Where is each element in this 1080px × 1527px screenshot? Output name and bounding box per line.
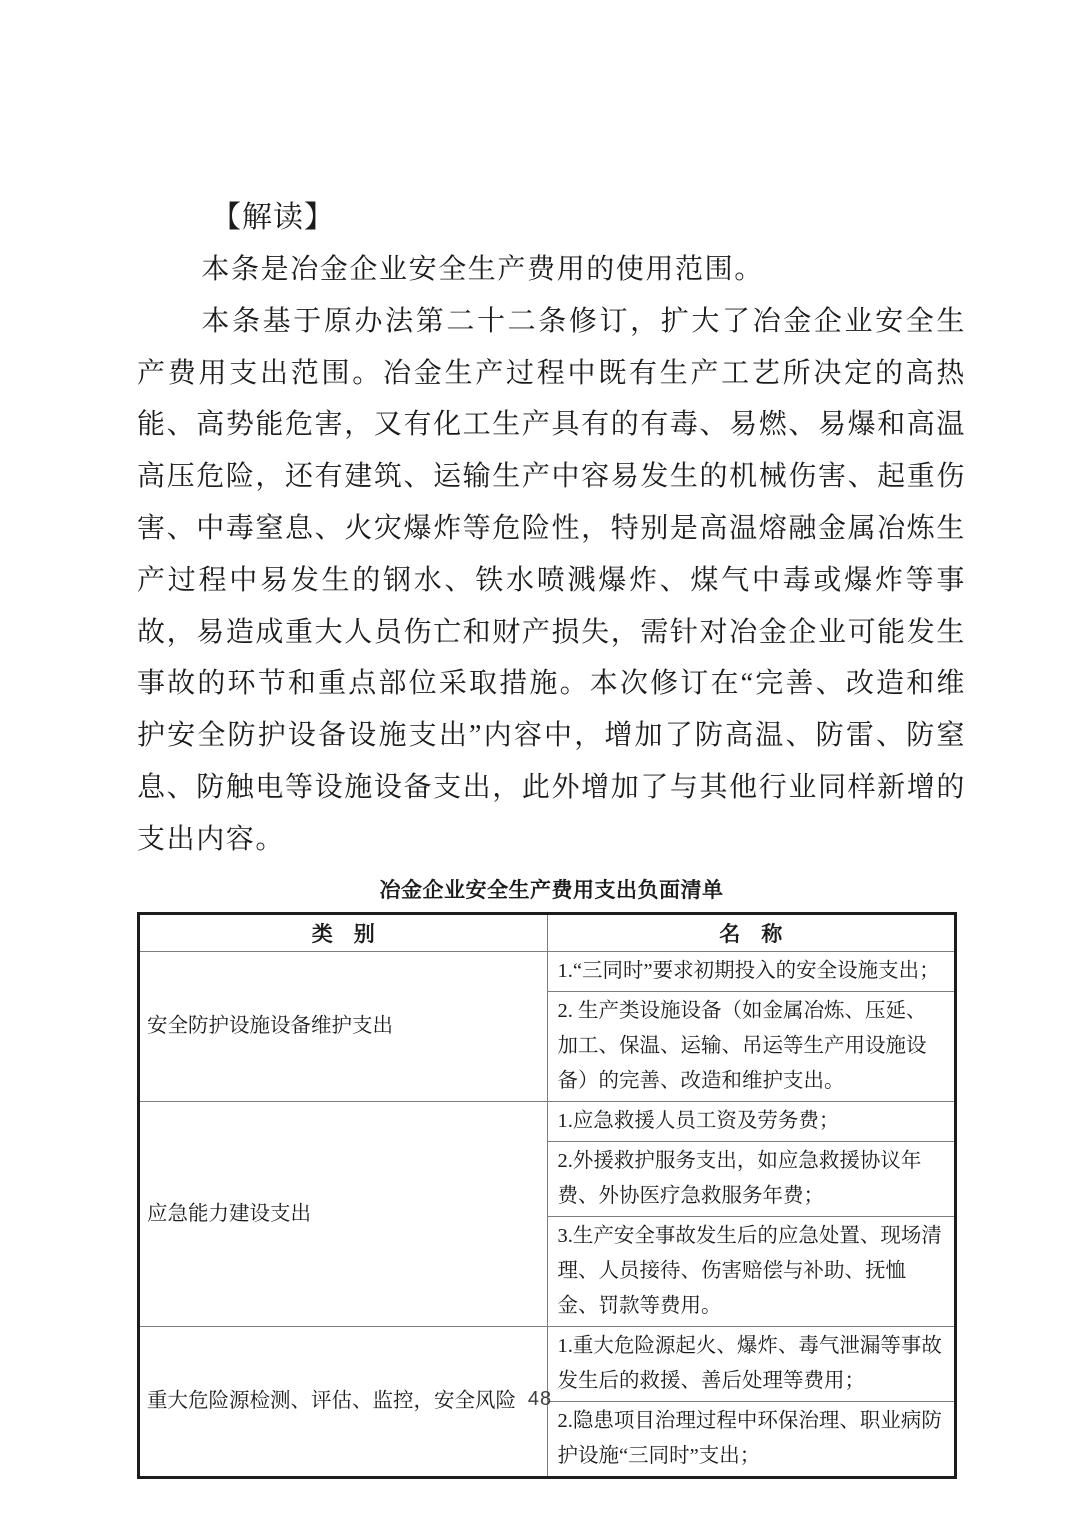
table-row: 安全防护设施设备维护支出 1.“三同时”要求初期投入的安全设施支出； [139, 951, 956, 991]
item-cell: 1.“三同时”要求初期投入的安全设施支出； [547, 951, 956, 991]
paragraph-intro: 本条是冶金企业安全生产费用的使用范围。 [137, 244, 966, 296]
table-header-category: 类 别 [139, 913, 548, 951]
item-cell: 2. 生产类设施设备（如金属冶炼、压延、加工、保温、运输、吊运等生产用设施设备）… [547, 991, 956, 1101]
table-title: 冶金企业安全生产费用支出负面清单 [137, 874, 966, 904]
table-header-row: 类 别 名 称 [139, 913, 956, 951]
section-heading: 【解读】 [211, 192, 966, 244]
item-cell: 1.应急救援人员工资及劳务费； [547, 1101, 956, 1141]
item-cell: 3.生产安全事故发生后的应急处置、现场清理、人员接待、伤害赔偿与补助、抚恤金、罚… [547, 1216, 956, 1326]
category-cell-emergency-capability: 应急能力建设支出 [139, 1101, 548, 1326]
document-page: 【解读】 本条是冶金企业安全生产费用的使用范围。 本条基于原办法第二十二条修订，… [0, 0, 1080, 1527]
item-cell: 2.外援救护服务支出，如应急救援协议年费、外协医疗急救服务年费； [547, 1141, 956, 1216]
page-content: 【解读】 本条是冶金企业安全生产费用的使用范围。 本条基于原办法第二十二条修订，… [137, 192, 966, 1479]
item-cell: 2.隐患项目治理过程中环保治理、职业病防护设施“三同时”支出； [547, 1401, 956, 1477]
table-header-name: 名 称 [547, 913, 956, 951]
category-cell-safety-facilities: 安全防护设施设备维护支出 [139, 951, 548, 1101]
page-number: 48 [0, 1388, 1080, 1411]
paragraph-body: 本条基于原办法第二十二条修订，扩大了冶金企业安全生产费用支出范围。冶金生产过程中… [137, 296, 966, 866]
table-row: 应急能力建设支出 1.应急救援人员工资及劳务费； [139, 1101, 956, 1141]
